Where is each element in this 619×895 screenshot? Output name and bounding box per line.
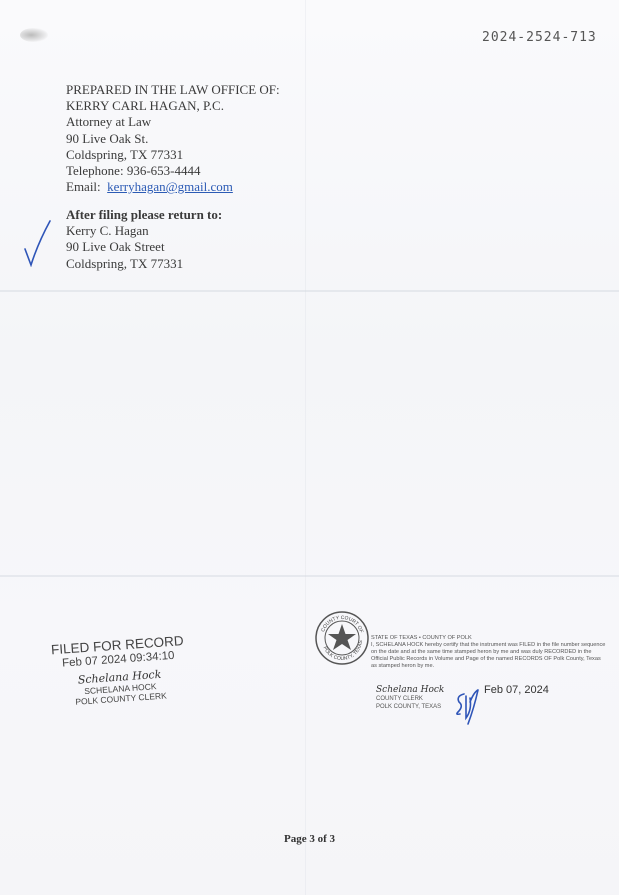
certification-clerk-county: POLK COUNTY, TEXAS	[376, 704, 441, 712]
certification-date: Feb 07, 2024	[484, 684, 549, 696]
return-heading: After filing please return to:	[66, 207, 222, 223]
return-city-state-zip: Coldspring, TX 77331	[66, 256, 222, 272]
telephone-line: Telephone: 936-653-4444	[66, 163, 280, 179]
handwritten-initials-icon	[454, 688, 480, 726]
return-street: 90 Live Oak Street	[66, 239, 222, 255]
certification-body: I, SCHELANA HOCK hereby certify that the…	[371, 642, 606, 670]
certification-clerk-title: COUNTY CLERK	[376, 696, 441, 704]
paper-fold-line	[305, 0, 306, 895]
certification-header: STATE OF TEXAS • COUNTY OF POLK	[371, 635, 606, 642]
street-address: 90 Live Oak St.	[66, 131, 280, 147]
city-state-zip: Coldspring, TX 77331	[66, 147, 280, 163]
filed-for-record-stamp: FILED FOR RECORD Feb 07 2024 09:34:10 Sc…	[42, 633, 196, 709]
telephone-label: Telephone:	[66, 163, 124, 178]
certification-clerk: COUNTY CLERK POLK COUNTY, TEXAS	[376, 696, 441, 711]
certification-signature: Schelana Hock	[376, 685, 444, 695]
return-to-block: After filing please return to: Kerry C. …	[66, 207, 222, 272]
document-page: 2024-2524-713 PREPARED IN THE LAW OFFICE…	[0, 0, 619, 895]
prepared-heading: PREPARED IN THE LAW OFFICE OF:	[66, 82, 280, 98]
instrument-number: 2024-2524-713	[482, 30, 597, 45]
return-name: Kerry C. Hagan	[66, 223, 222, 239]
email-label: Email:	[66, 179, 101, 194]
certification-text: STATE OF TEXAS • COUNTY OF POLK I, SCHEL…	[371, 635, 606, 670]
prepared-by-block: PREPARED IN THE LAW OFFICE OF: KERRY CAR…	[66, 82, 280, 195]
email-link[interactable]: kerryhagan@gmail.com	[107, 179, 233, 194]
firm-name: KERRY CARL HAGAN, P.C.	[66, 98, 280, 114]
handwritten-checkmark-icon	[22, 215, 52, 267]
paper-fold-line	[0, 575, 619, 577]
email-line: Email: kerryhagan@gmail.com	[66, 179, 280, 195]
page-number: Page 3 of 3	[0, 833, 619, 845]
scan-smudge	[20, 28, 48, 42]
paper-fold-line	[0, 290, 619, 292]
telephone-number: 936-653-4444	[127, 163, 201, 178]
county-seal-icon: COUNTY COURT OF POLK COUNTY, TEXAS	[314, 610, 370, 666]
attorney-title: Attorney at Law	[66, 114, 280, 130]
recording-certification: COUNTY COURT OF POLK COUNTY, TEXAS STATE…	[314, 610, 614, 730]
